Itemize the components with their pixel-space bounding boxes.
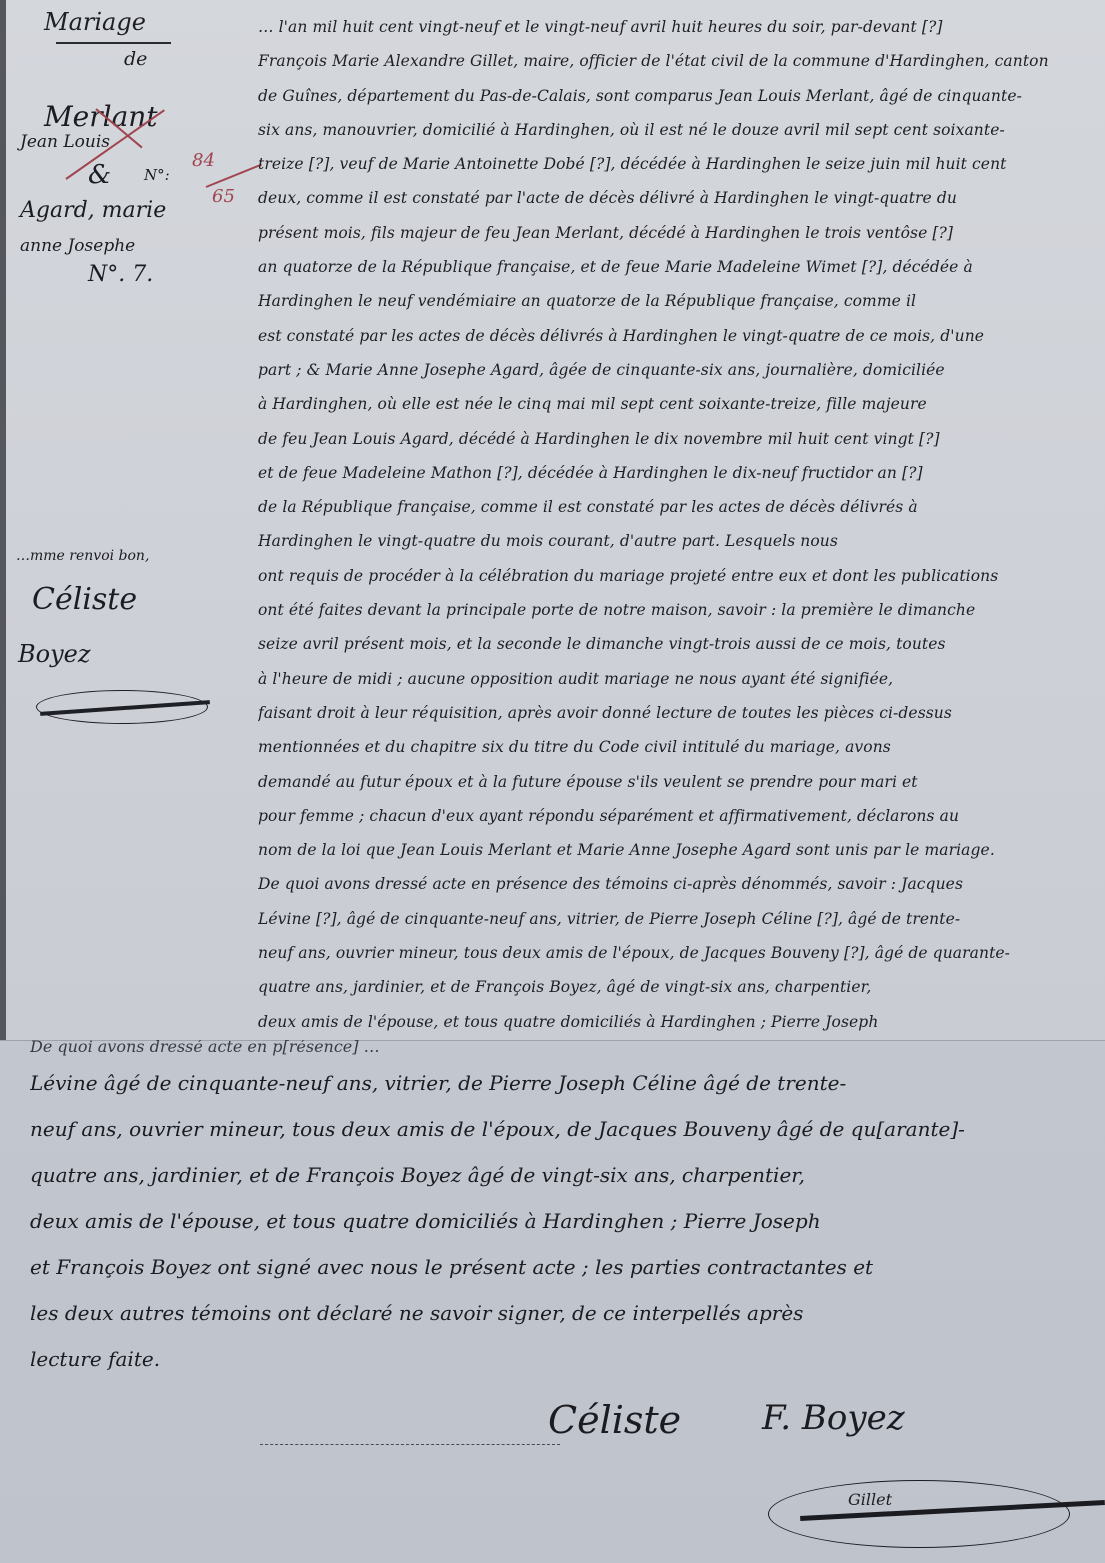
text-line: an quatorze de la République française, … [258,250,1105,284]
text-line: … l'an mil huit cent vingt-neuf et le vi… [258,10,1105,44]
text-line: De quoi avons dressé acte en présence de… [258,867,1105,901]
bride-given-name: anne Josephe [20,236,135,256]
signature-boyez: F. Boyez [762,1398,905,1438]
text-line: faisant droit à leur réquisition, après … [258,696,1105,730]
closing-dotted-rule [260,1444,560,1445]
margin-signature-celiste: Céliste [32,582,137,617]
record-continuation: De quoi avons dressé acte en p[résence] … [30,1040,1105,1382]
text-line: quatre ans, jardinier, et de François Bo… [258,970,1105,1004]
text-line-partial: De quoi avons dressé acte en p[résence] … [30,1040,1105,1060]
text-line: et François Boyez ont signé avec nous le… [30,1244,1105,1290]
signature-celiste: Céliste [548,1398,681,1442]
text-line: Hardinghen le vingt-quatre du mois coura… [258,524,1105,558]
text-line: ont été faites devant la principale port… [258,593,1105,627]
text-line: six ans, manouvrier, domicilié à Harding… [258,113,1105,147]
text-line: et de feue Madeleine Mathon [?], décédée… [258,456,1105,490]
text-line: quatre ans, jardinier, et de François Bo… [30,1152,1105,1198]
mayor-signature: Gillet [848,1490,892,1509]
text-line: mentionnées et du chapitre six du titre … [258,730,1105,764]
text-line: ont requis de procéder à la célébration … [258,559,1105,593]
text-line: à Hardinghen, où elle est née le cinq ma… [258,387,1105,421]
text-line: François Marie Alexandre Gillet, maire, … [258,44,1105,78]
margin-de: de [124,48,147,70]
text-line: demandé au futur époux et à la future ép… [258,765,1105,799]
text-line: Lévine [?], âgé de cinquante-neuf ans, v… [258,902,1105,936]
text-line: nom de la loi que Jean Louis Merlant et … [258,833,1105,867]
text-line: seize avril présent mois, et la seconde … [258,627,1105,661]
text-line: neuf ans, ouvrier mineur, tous deux amis… [30,1106,1105,1152]
text-line: de la République française, comme il est… [258,490,1105,524]
text-line: part ; & Marie Anne Josephe Agard, âgée … [258,353,1105,387]
text-line: deux amis de l'épouse, et tous quatre do… [258,1005,1105,1039]
text-line: Hardinghen le neuf vendémiaire an quator… [258,284,1105,318]
groom-surname: Merlant [44,100,158,133]
text-line: deux amis de l'épouse, et tous quatre do… [30,1198,1105,1244]
renvoi-note: …mme renvoi bon, [16,548,149,564]
record-number-label: N°: [144,166,170,184]
text-line: de Guînes, département du Pas-de-Calais,… [258,79,1105,113]
margin-title: Mariage [44,8,146,36]
text-line: Lévine âgé de cinquante-neuf ans, vitrie… [30,1060,1105,1106]
record-number-red: 65 [212,186,235,207]
text-line: deux, comme il est constaté par l'acte d… [258,181,1105,215]
groom-given-name: Jean Louis [20,132,110,152]
document-page: Mariage de Merlant Jean Louis & N°: 84 6… [0,0,1105,1563]
record-body: … l'an mil huit cent vingt-neuf et le vi… [258,10,1105,1073]
text-line: les deux autres témoins ont déclaré ne s… [30,1290,1105,1336]
text-line: neuf ans, ouvrier mineur, tous deux amis… [258,936,1105,970]
text-line: treize [?], veuf de Marie Antoinette Dob… [258,147,1105,181]
ampersand: & [88,160,111,190]
text-line: présent mois, fils majeur de feu Jean Me… [258,216,1105,250]
record-number-red-struck: 84 [192,150,215,171]
text-line: pour femme ; chacun d'eux ayant répondu … [258,799,1105,833]
text-line: lecture faite. [30,1336,1105,1382]
text-line: est constaté par les actes de décès déli… [258,319,1105,353]
margin-column: Mariage de Merlant Jean Louis & N°: 84 6… [16,0,246,1040]
text-line: à l'heure de midi ; aucune opposition au… [258,662,1105,696]
margin-signature-boyez: Boyez [18,640,91,668]
record-number-ink: N°. 7. [88,262,153,287]
register-page-top: Mariage de Merlant Jean Louis & N°: 84 6… [0,0,1105,1040]
text-line: de feu Jean Louis Agard, décédé à Hardin… [258,422,1105,456]
bride-surname: Agard, marie [20,198,166,223]
title-underline [56,42,171,44]
